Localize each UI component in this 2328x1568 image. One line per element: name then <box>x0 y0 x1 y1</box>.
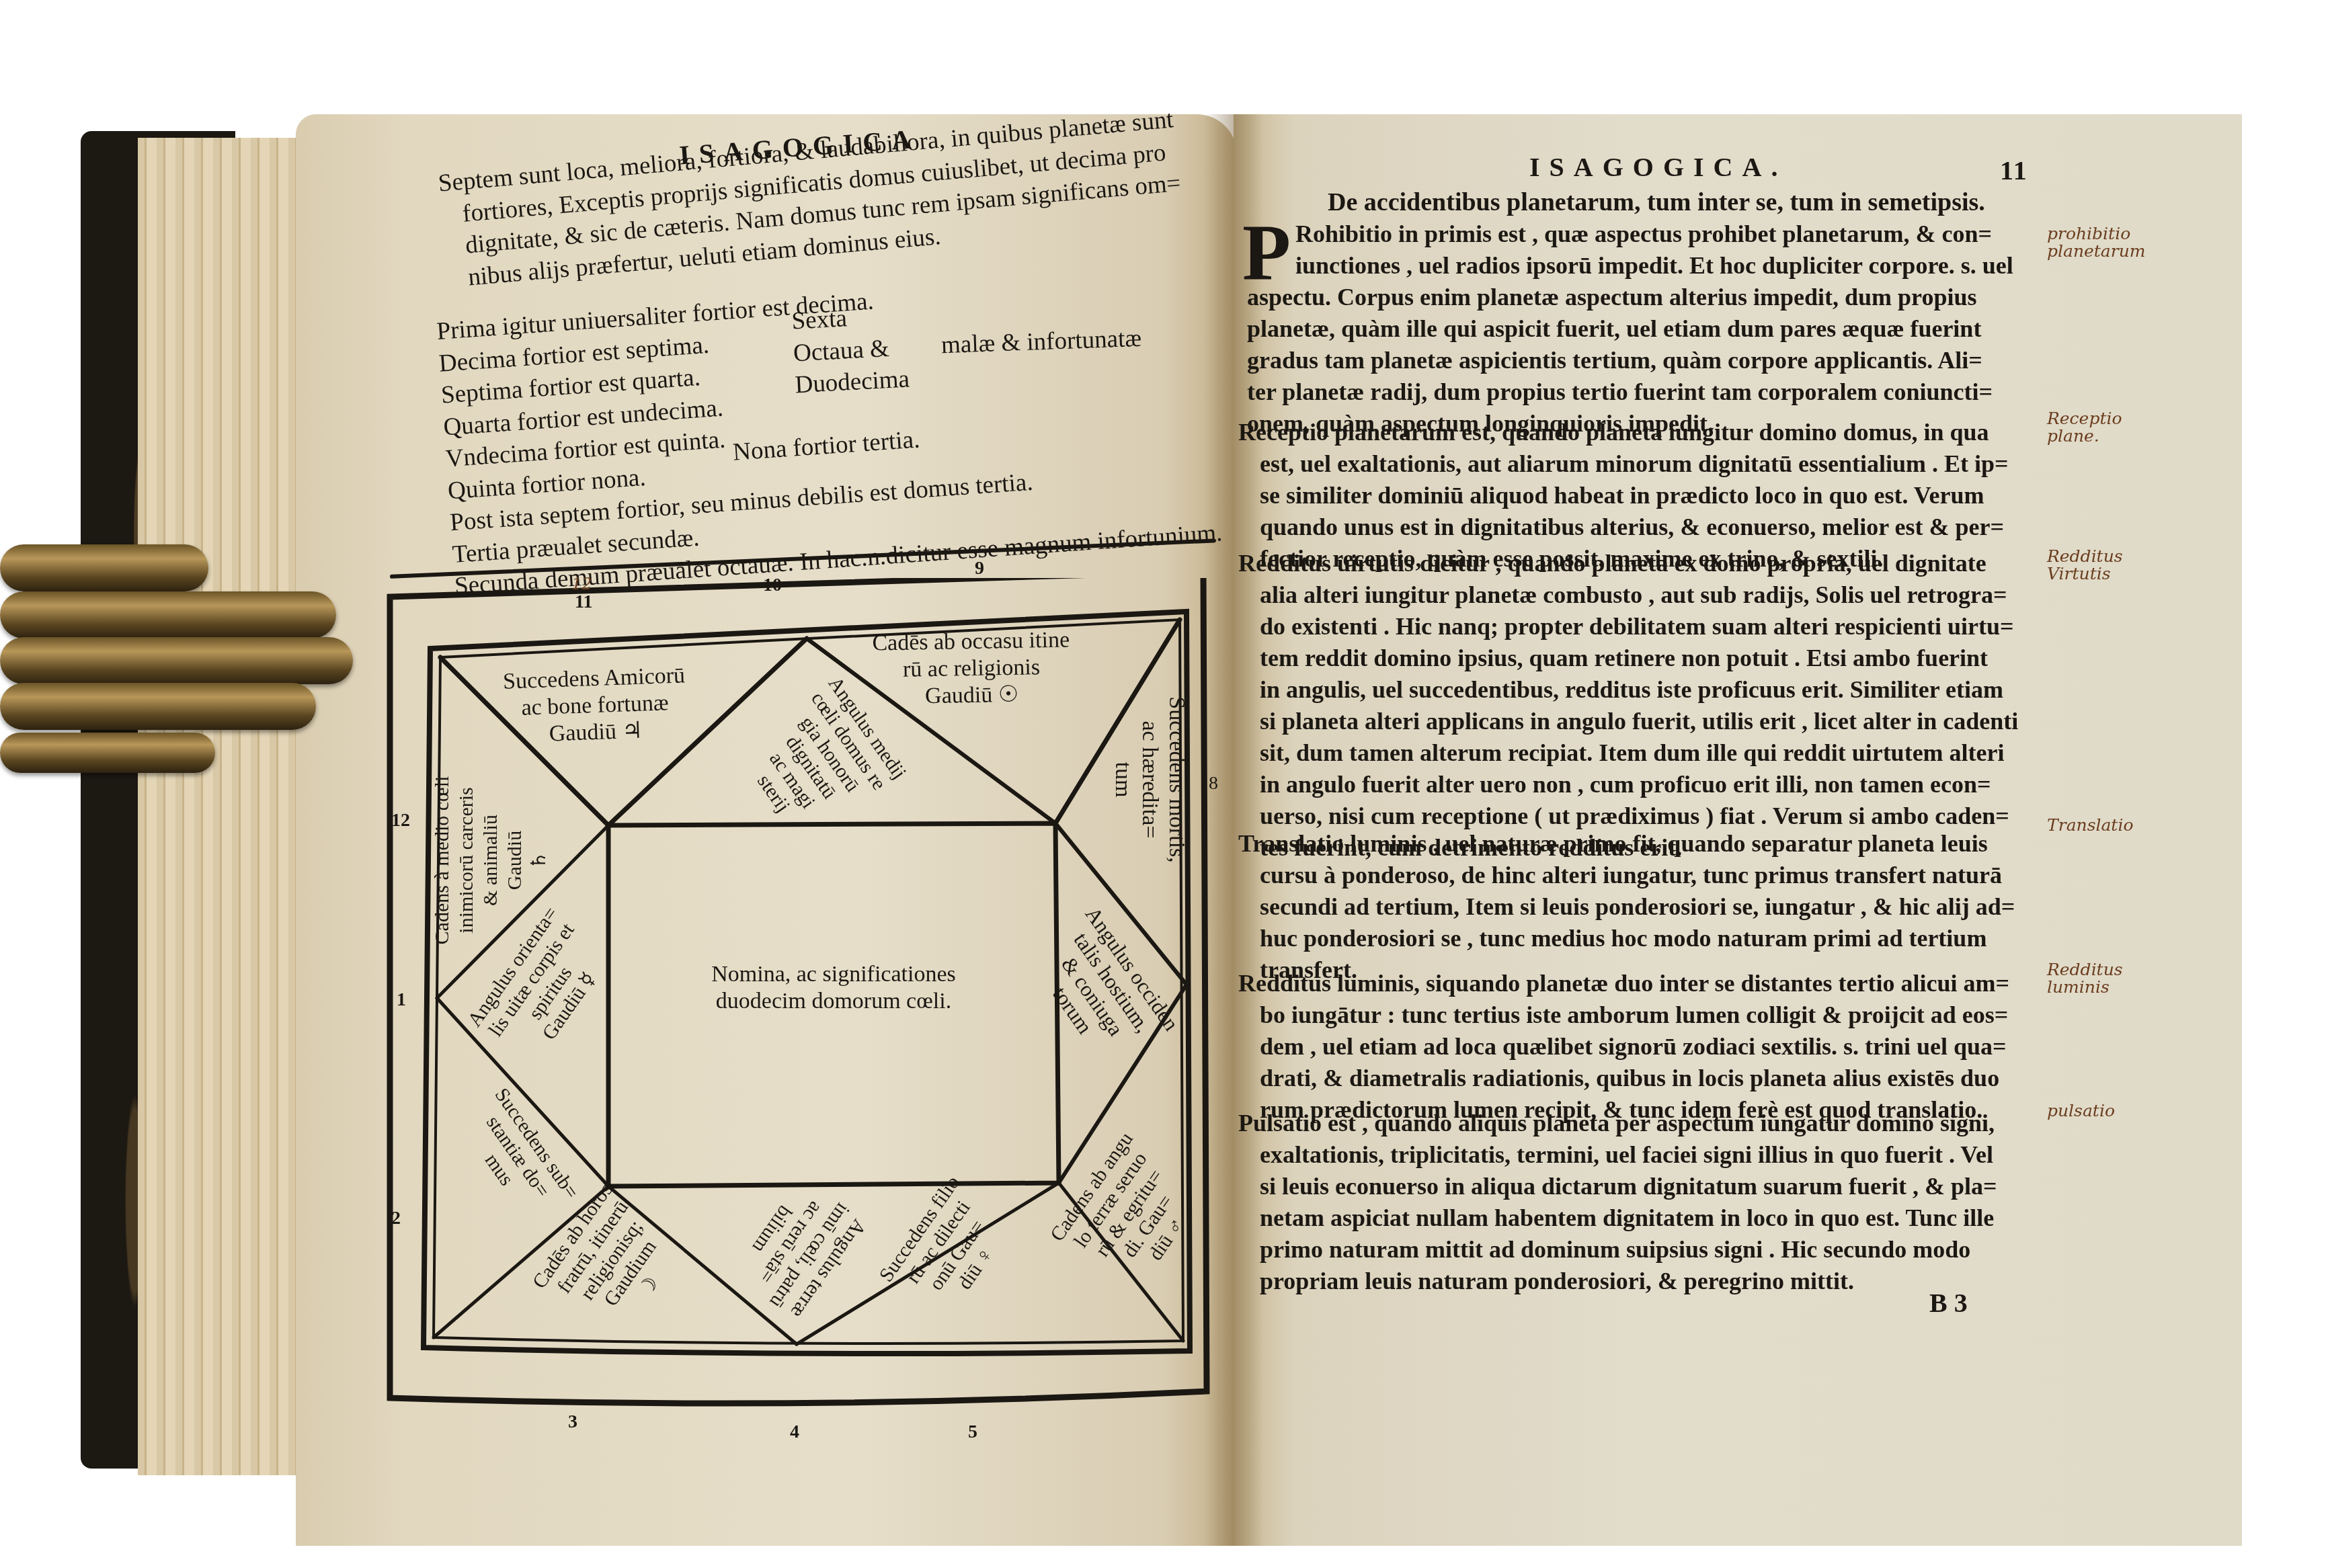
text-line: secundi ad tertium, Item si leuis ponder… <box>1238 891 2015 923</box>
text-line: quando unus est in dignitatibus alterius… <box>1238 511 2009 543</box>
text-line: Redditus luminis, siquando planetæ duo i… <box>1238 968 2009 999</box>
text-line: se similiter dominiū aliquod habeat in p… <box>1238 480 2009 511</box>
paragraph-translatio: Translatio luminis , uel naturæ primo fi… <box>1238 828 2015 986</box>
outer-number-9: 9 <box>975 558 984 579</box>
folio-number: 11 <box>2000 155 2028 186</box>
marginal-note-receptio: Receptio plane. <box>2047 410 2122 445</box>
text-line: alia alteri iungitur planetæ combusto , … <box>1238 579 2018 611</box>
text-line: in angulo fuerit alter uero non , cum pr… <box>1238 769 2018 800</box>
text-line: planetæ, quàm ille qui aspicit fuerit, u… <box>1247 313 2013 345</box>
signature-mark: B 3 <box>1929 1287 1968 1319</box>
side-column: Sexta Octaua & Duodecima <box>791 300 910 401</box>
marginal-note-redditus-luminis: Redditus luminis <box>2047 961 2123 996</box>
outer-number-4: 4 <box>790 1421 799 1443</box>
text-line: Pulsatio est , quando aliquis planeta pe… <box>1238 1108 1997 1139</box>
outer-number-11: 11 <box>575 591 592 613</box>
paragraph-prohibitio: Rohibitio in primis est , quæ aspectus p… <box>1247 218 2013 440</box>
outer-number-8: 8 <box>1209 773 1218 794</box>
outer-number-12: 12 <box>391 810 410 831</box>
text-line: tem reddit domino ipsius, quam retinere … <box>1238 643 2018 674</box>
text-line: do existenti . Hic nanq; propter debilit… <box>1238 611 2018 643</box>
side-item: Duodecima <box>794 364 910 401</box>
right-running-head: ISAGOGICA. <box>1529 151 1787 183</box>
text-line: ter planetæ radij, dum propius tertio fu… <box>1247 376 2013 408</box>
text-line: iunctiones , uel radios ipsorū impedit. … <box>1247 250 2013 282</box>
text-line: est, uel exaltationis, aut aliarum minor… <box>1238 448 2009 480</box>
text-line: Translatio luminis , uel naturæ primo fi… <box>1238 828 2015 860</box>
paragraph-redditus-uirtutis: Redditus uirtutis dicitur , quando plane… <box>1238 548 2018 864</box>
diagram-center-title: Nomina, ac significationes duodecim domo… <box>645 961 1022 1015</box>
text-line: bo iungātur : tunc tertius iste amborum … <box>1238 999 2009 1031</box>
outer-number-3: 3 <box>568 1411 577 1433</box>
house-9-label: Cadēs ab occasu itine rū ac religionis G… <box>846 626 1096 711</box>
text-line: si planeta alteri applicans in angulo fu… <box>1238 706 2018 737</box>
text-line: propriam leuis naturam ponderosiori, & p… <box>1238 1266 1997 1297</box>
text-line: Redditus uirtutis dicitur , quando plane… <box>1238 548 2018 579</box>
chapter-title: De accidentibus planetarum, tum inter se… <box>1328 187 1985 218</box>
marginal-note-pulsatio: pulsatio <box>2047 1102 2115 1120</box>
paragraph-pulsatio: Pulsatio est , quando aliquis planeta pe… <box>1238 1108 1997 1297</box>
marginal-note-prohibitio: prohibitio planetarum <box>2047 225 2146 260</box>
text-line: dem , uel etiam ad loca quælibet signorū… <box>1238 1031 2009 1063</box>
paragraph-redditus-luminis: Redditus luminis, siquando planetæ duo i… <box>1238 968 2009 1126</box>
outer-number-1: 1 <box>397 989 406 1011</box>
text-line: gradus tam planetæ aspicientis tertium, … <box>1247 345 2013 376</box>
brass-hand-page-holder <box>0 518 363 827</box>
text-line: uerso, nisi cum receptione ( ut prædixim… <box>1238 800 2018 832</box>
text-line: si leuis econuerso in aliqua dictarum di… <box>1238 1171 1997 1202</box>
marginal-note-redditus-virtutis: Redditus Virtutis <box>2047 548 2123 583</box>
text-line: cursu à ponderoso, de hinc alteri iungat… <box>1238 860 2015 891</box>
outer-number-2: 2 <box>391 1208 401 1229</box>
text-line: aspectu. Corpus enim planetæ aspectum al… <box>1247 282 2013 313</box>
outer-number-10: 10 <box>763 575 782 596</box>
text-line: in angulis, uel succedentibus, redditus … <box>1238 674 2018 706</box>
text-line: Receptio planetarum est, quando planeta … <box>1238 417 2009 448</box>
text-line: huc ponderosiori se , tunc medius hoc mo… <box>1238 923 2015 954</box>
marginal-note-translatio: Translatio <box>2047 817 2133 834</box>
text-line: primo naturam mittit ad dominum suipsius… <box>1238 1234 1997 1266</box>
outer-number-5: 5 <box>968 1421 977 1443</box>
house-8-label: Succedens mortis, ac hæredita= tum <box>1109 679 1190 880</box>
text-line: exaltationis, triplicitatis, termini, ue… <box>1238 1139 1997 1171</box>
text-line: Rohibitio in primis est , quæ aspectus p… <box>1247 218 2013 250</box>
text-line: netam aspiciat nullam habentem dignitate… <box>1238 1202 1997 1234</box>
handwritten-number: 12 <box>571 575 592 593</box>
text-line: sit, dum tamen alterum recipiat. Item du… <box>1238 737 2018 769</box>
text-line: drati, & diametralis radiationis, quibus… <box>1238 1063 2009 1094</box>
astrological-houses-diagram: Nomina, ac significationes duodecim domo… <box>376 578 1217 1458</box>
